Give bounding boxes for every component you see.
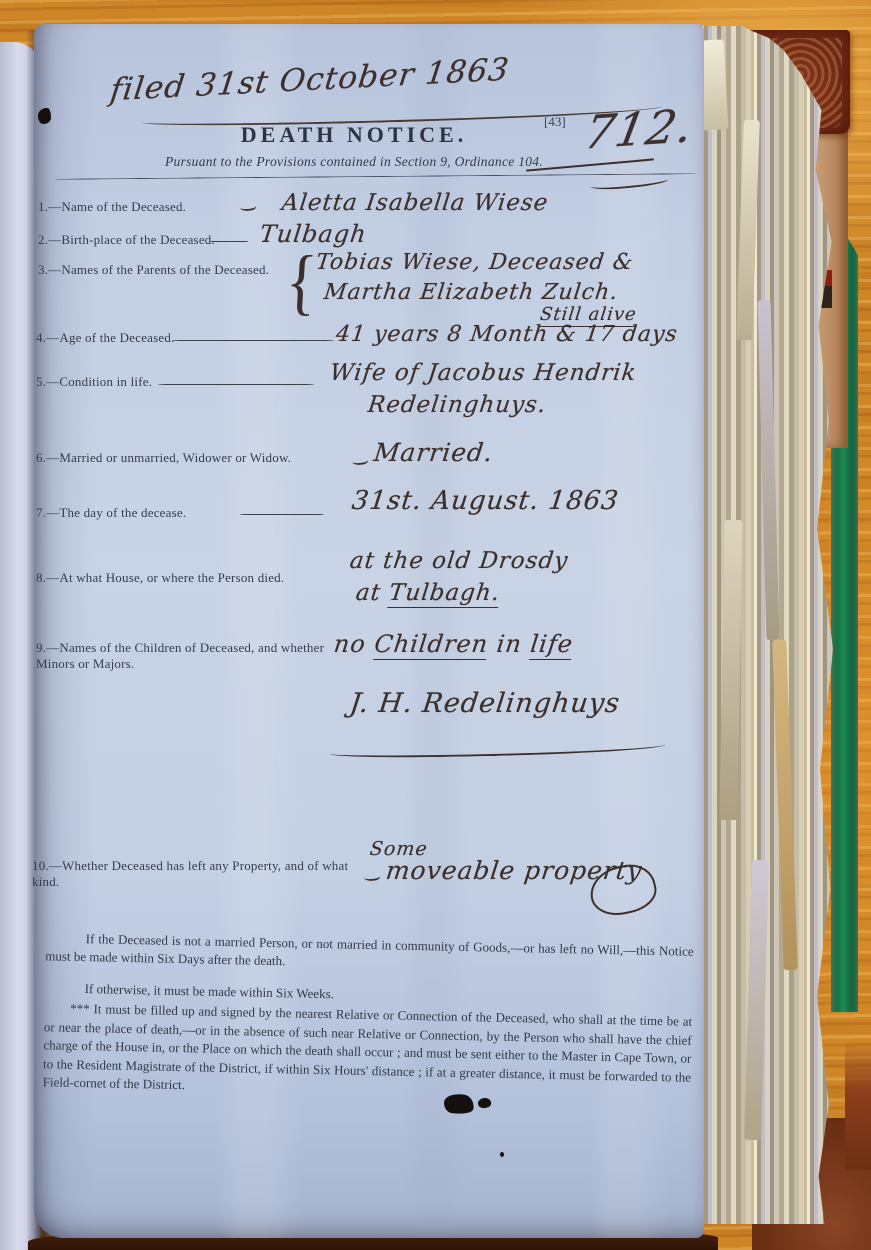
pen-squiggle — [363, 871, 380, 882]
ink-blot — [38, 108, 51, 124]
field-label-9: 9.—Names of the Children of Deceased, an… — [36, 640, 366, 672]
note-1: If the Deceased is not a married Person,… — [45, 929, 694, 979]
footer-notes: If the Deceased is not a married Person,… — [42, 929, 694, 1118]
field-value-3-line1: Tobias Wiese, Deceased & — [314, 250, 634, 275]
field-label-1: 1.—Name of the Deceased. — [38, 199, 186, 215]
book-cover-right-edge — [845, 1040, 871, 1170]
note-3-text: It must be filled up and signed by the n… — [43, 1002, 693, 1093]
field-label-8: 8.—At what House, or where the Person di… — [36, 570, 284, 586]
field-label-3: 3.—Names of the Parents of the Deceased. — [38, 262, 269, 278]
field-label-6: 6.—Married or unmarried, Widower or Wido… — [36, 450, 291, 466]
field-value-3-line2: Martha Elizabeth Zulch. — [322, 280, 619, 305]
field-value-6: Married. — [372, 438, 495, 467]
field-label-10: 10.—Whether Deceased has left any Proper… — [32, 858, 354, 890]
notice-header: DEATH NOTICE. Pursuant to the Provisions… — [34, 122, 674, 170]
field-value-1: Aletta Isabella Wiese — [280, 190, 550, 216]
dash-line — [210, 241, 248, 242]
value-underlined: Tulbagh. — [387, 580, 501, 608]
ink-blot — [500, 1152, 504, 1157]
value-plain: no — [332, 630, 376, 658]
pen-squiggle — [351, 455, 368, 466]
field-label-5: 5.—Condition in life. — [36, 374, 152, 390]
dash-line — [172, 340, 334, 341]
field-value-9: no Children in life — [332, 630, 574, 658]
pen-squiggle — [239, 201, 256, 212]
value-plain: at — [354, 580, 390, 606]
notice-subtitle: Pursuant to the Provisions contained in … — [34, 154, 674, 170]
field-value-5-line2: Redelinghuys. — [366, 392, 547, 418]
field-label-2: 2.—Birth-place of the Deceased. — [38, 232, 215, 248]
value-underlined: Children — [373, 630, 490, 660]
signature-handwriting: J. H. Redelinghuys — [348, 688, 622, 719]
note-3: *** It must be filled up and signed by t… — [43, 1000, 693, 1106]
value-underlined: life — [529, 630, 575, 660]
dash-line — [158, 384, 314, 385]
scanned-death-notice-photo: filed 31st October 1863 [43] 712. DEATH … — [0, 0, 871, 1250]
document-page: filed 31st October 1863 [43] 712. DEATH … — [34, 24, 704, 1238]
notice-title: DEATH NOTICE. — [34, 122, 674, 148]
field-value-8-line1: at the old Drosdy — [348, 548, 569, 574]
field-value-5-line1: Wife of Jacobus Hendrik — [328, 360, 638, 386]
field-label-4: 4.—Age of the Deceased. — [36, 330, 175, 346]
signature-flourish — [330, 737, 666, 759]
value-plain: in — [486, 630, 532, 658]
parents-brace: { — [284, 245, 319, 319]
field-value-4: 41 years 8 Month & 17 days — [334, 322, 679, 347]
filed-annotation: filed 31st October 1863 — [108, 52, 511, 109]
dash-line — [240, 514, 324, 515]
field-label-7: 7.—The day of the decease. — [36, 505, 186, 521]
asterism-mark: *** — [70, 1001, 90, 1016]
field-value-8-line2: at Tulbagh. — [354, 580, 501, 606]
field-value-7: 31st. August. 1863 — [350, 486, 620, 516]
